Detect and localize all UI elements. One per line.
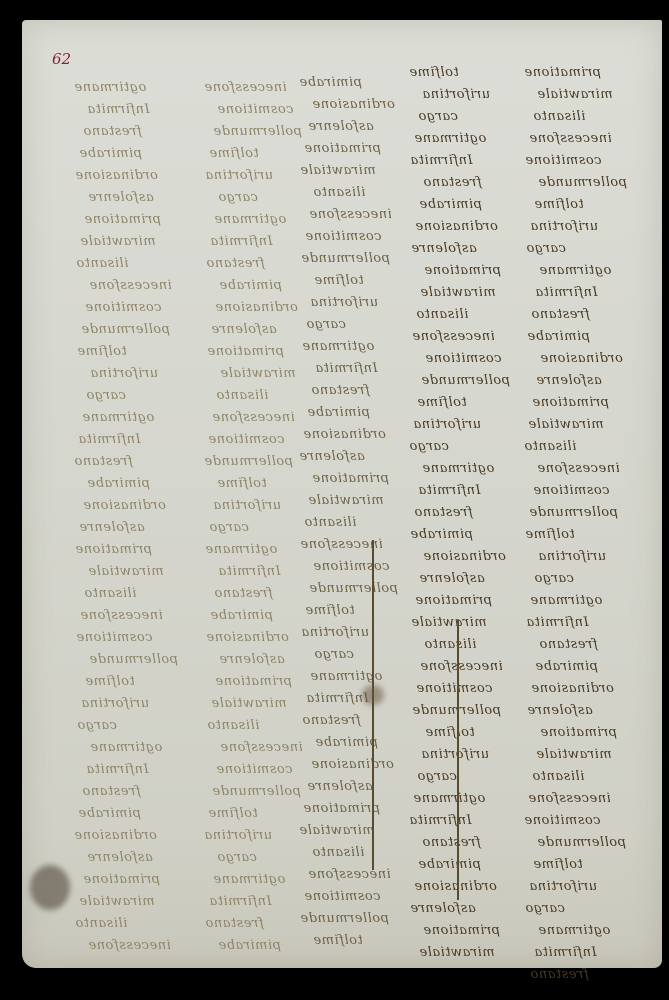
handwritten-word: cargo (86, 388, 126, 403)
handwritten-word: cargo (306, 317, 346, 332)
handwritten-word: urifortina (205, 168, 273, 183)
handwritten-word: pimirabe (210, 608, 273, 623)
handwritten-word: ordinasione (74, 828, 157, 843)
handwritten-word: cosmitione (208, 432, 285, 447)
handwritten-word: mirawtiale (419, 945, 495, 960)
handwritten-word: ordinasione (540, 351, 623, 366)
handwritten-word: Infirmita (535, 285, 598, 300)
handwritten-word: pollermunde (89, 652, 178, 667)
handwritten-word: urifortina (413, 417, 481, 432)
handwritten-word: ordinasione (312, 97, 395, 112)
handwritten-word: cosmitione (313, 559, 390, 574)
handwritten-word: ogtirmane (214, 212, 286, 227)
handwritten-word: ilisanto (533, 109, 585, 124)
ink-smudge (30, 865, 70, 910)
handwritten-word: primatione (84, 212, 161, 227)
handwritten-word: ilisanto (532, 769, 584, 784)
handwritten-word: pimirabe (87, 476, 150, 491)
handwritten-word: ogtirmane (302, 339, 374, 354)
handwritten-word: inecessfone (89, 278, 172, 293)
handwritten-word: pollermunde (529, 505, 618, 520)
handwritten-word: ogtirmane (413, 791, 485, 806)
handwritten-word: asfolenre (79, 520, 145, 535)
handwritten-word: mirawtiale (80, 234, 156, 249)
handwritten-word: frestano (205, 916, 264, 931)
handwritten-word: asfolenre (211, 322, 277, 337)
handwritten-word: ilisanto (313, 185, 365, 200)
handwritten-word: ordinasione (414, 879, 497, 894)
handwritten-word: ordinasione (531, 681, 614, 696)
handwritten-word: cargo (314, 647, 354, 662)
handwritten-word: ilisanto (304, 515, 356, 530)
handwritten-word: ogtirmane (74, 80, 146, 95)
handwritten-word: ordinasione (83, 498, 166, 513)
handwritten-word: ogtirmane (538, 923, 610, 938)
handwritten-word: inecessfone (212, 410, 295, 425)
handwritten-word: frestano (539, 637, 598, 652)
handwritten-word: mirawtiale (537, 87, 613, 102)
handwritten-word: mirawtiale (536, 747, 612, 762)
handwritten-word: urifortina (530, 219, 598, 234)
handwritten-word: pimirabe (419, 197, 482, 212)
handwritten-word: frestano (214, 586, 273, 601)
handwritten-word: ogtirmane (539, 263, 611, 278)
handwritten-word: ilisanto (216, 388, 268, 403)
handwritten-word: primatione (83, 872, 160, 887)
handwritten-word: mirawtiale (79, 894, 155, 909)
handwritten-word: mirawtiale (528, 417, 604, 432)
handwritten-word: primatione (423, 923, 500, 938)
handwritten-word: primatione (303, 801, 380, 816)
handwritten-word: Infirmita (526, 615, 589, 630)
handwritten-word: asfolenre (87, 850, 153, 865)
handwritten-word: cargo (409, 439, 449, 454)
handwritten-word: pimirabe (418, 857, 481, 872)
handwritten-word: frestano (206, 256, 265, 271)
handwritten-word: pimirabe (315, 735, 378, 750)
handwritten-word: ordinasione (423, 549, 506, 564)
handwritten-word: inecessfone (420, 659, 503, 674)
handwritten-word: cosmitione (217, 102, 294, 117)
handwritten-word: asfolenre (536, 373, 602, 388)
handwritten-word: mirawtiale (308, 493, 384, 508)
handwritten-word: ilisanto (416, 307, 468, 322)
handwritten-word: pimirabe (79, 146, 142, 161)
handwritten-word: pollermunde (81, 322, 170, 337)
handwritten-word: frestano (423, 175, 482, 190)
handwritten-word: cargo (525, 901, 565, 916)
handwritten-word: urifortina (90, 366, 158, 381)
handwritten-word: pimirabe (527, 329, 590, 344)
handwritten-word: primatione (424, 263, 501, 278)
handwritten-word: Infirmita (534, 945, 597, 960)
handwritten-word: asfolenre (88, 190, 154, 205)
handwritten-word: mirawtiale (211, 696, 287, 711)
handwritten-word: cosmitione (533, 483, 610, 498)
handwritten-word: tolfime (305, 603, 355, 618)
handwritten-word: ogtirmane (205, 542, 277, 557)
handwritten-word: pimirabe (218, 938, 281, 953)
handwritten-word: inecessfone (537, 461, 620, 476)
handwritten-word: mirawtiale (411, 615, 487, 630)
bracket-line (457, 620, 459, 900)
handwritten-word: tolfime (208, 806, 258, 821)
handwritten-word: cosmitione (216, 762, 293, 777)
handwritten-word: inecessfone (88, 938, 171, 953)
handwritten-word: inecessfone (204, 80, 287, 95)
handwritten-word: frestano (530, 967, 589, 982)
handwritten-word: pollermunde (538, 175, 627, 190)
handwritten-word: ilisanto (424, 637, 476, 652)
handwritten-word: frestano (531, 307, 590, 322)
handwritten-word: tolfime (409, 65, 459, 80)
handwritten-word: mirawtiale (420, 285, 496, 300)
handwritten-word: tolfime (85, 674, 135, 689)
handwritten-word: tolfime (209, 146, 259, 161)
handwritten-word: urifortina (538, 549, 606, 564)
handwritten-word: urifortina (204, 828, 272, 843)
handwritten-word: ordinasione (75, 168, 158, 183)
handwritten-word: asfolenre (419, 571, 485, 586)
handwritten-word: frestano (82, 784, 141, 799)
handwritten-word: inecessfone (528, 791, 611, 806)
handwritten-word: tolfime (525, 527, 575, 542)
handwritten-word: asfolenre (411, 241, 477, 256)
handwritten-word: cosmitione (85, 300, 162, 315)
handwritten-word: ilisanto (207, 718, 259, 733)
handwritten-word: cargo (218, 190, 258, 205)
handwritten-word: asfolenre (219, 652, 285, 667)
handwritten-word: Infirmita (418, 483, 481, 498)
handwritten-word: frestano (74, 454, 133, 469)
handwritten-word: inecessfone (412, 329, 495, 344)
handwritten-word: Infirmita (209, 894, 272, 909)
handwritten-word: asfolenre (299, 449, 365, 464)
handwritten-word: pollermunde (213, 124, 302, 139)
handwritten-word: primatione (207, 344, 284, 359)
handwritten-word: tolfime (314, 273, 364, 288)
handwritten-word: ogtirmane (414, 131, 486, 146)
handwritten-word: cosmitione (304, 889, 381, 904)
handwritten-word: asfolenre (410, 901, 476, 916)
handwritten-word: inecessfone (529, 131, 612, 146)
handwritten-word: tolfime (534, 197, 584, 212)
handwritten-word: inecessfone (80, 608, 163, 623)
handwritten-word: ordinasione (206, 630, 289, 645)
handwritten-word: pollermunde (421, 373, 510, 388)
handwritten-word: inecessfone (220, 740, 303, 755)
handwritten-word: asfolenre (527, 703, 593, 718)
handwritten-word: primatione (75, 542, 152, 557)
handwritten-word: pollermunde (537, 835, 626, 850)
handwritten-word: frestano (414, 505, 473, 520)
handwritten-word: pimirabe (307, 405, 370, 420)
handwritten-word: cosmitione (305, 229, 382, 244)
handwritten-word: ilisanto (312, 845, 364, 860)
handwritten-word: pimirabe (219, 278, 282, 293)
handwritten-word: cosmitione (416, 681, 493, 696)
handwritten-word: primatione (215, 674, 292, 689)
manuscript-page: 62 ogtirmaneInfirmitafrestanopimirabeord… (22, 20, 662, 968)
handwritten-word: tolfime (77, 344, 127, 359)
handwritten-word: pollermunde (204, 454, 293, 469)
handwritten-word: frestano (422, 835, 481, 850)
handwritten-word: Infirmita (87, 102, 150, 117)
handwritten-word: ilisanto (75, 916, 127, 931)
handwritten-word: frestano (311, 383, 370, 398)
handwritten-word: primatione (415, 593, 492, 608)
handwritten-word: urifortina (301, 625, 369, 640)
handwritten-word: cargo (418, 109, 458, 124)
handwritten-word: ordinasione (303, 427, 386, 442)
handwritten-word: pollermunde (300, 911, 389, 926)
handwritten-word: pimirabe (78, 806, 141, 821)
handwritten-word: primatione (524, 65, 601, 80)
handwritten-word: frestano (302, 713, 361, 728)
handwritten-word: urifortina (422, 87, 490, 102)
handwritten-word: ogtirmane (530, 593, 602, 608)
handwritten-word: ogtirmane (90, 740, 162, 755)
handwritten-word: mirawtiale (300, 163, 376, 178)
handwritten-word: mirawtiale (88, 564, 164, 579)
handwritten-word: cargo (217, 850, 257, 865)
handwritten-word: primatione (312, 471, 389, 486)
handwritten-word: cargo (209, 520, 249, 535)
handwritten-word: cosmitione (525, 153, 602, 168)
handwritten-word: pimirabe (410, 527, 473, 542)
page-number: 62 (52, 50, 71, 68)
handwritten-word: ilisanto (76, 256, 128, 271)
handwritten-word: cargo (526, 241, 566, 256)
handwritten-word: tolfime (533, 857, 583, 872)
handwritten-word: pollermunde (309, 581, 398, 596)
handwritten-word: Infirmita (218, 564, 281, 579)
handwritten-word: Infirmita (409, 813, 472, 828)
handwritten-word: ordinasione (215, 300, 298, 315)
handwritten-word: urifortina (213, 498, 281, 513)
handwritten-word: asfolenre (307, 779, 373, 794)
handwritten-word: cosmitione (425, 351, 502, 366)
handwritten-word: mirawtiale (299, 823, 375, 838)
handwritten-word: cargo (417, 769, 457, 784)
handwritten-word: primatione (540, 725, 617, 740)
handwritten-word: ogtirmane (213, 872, 285, 887)
handwritten-word: inecessfone (300, 537, 383, 552)
handwritten-word: inecessfone (309, 207, 392, 222)
handwritten-word: Infirmita (210, 234, 273, 249)
handwritten-word: mirawtiale (220, 366, 296, 381)
handwritten-word: pollermunde (212, 784, 301, 799)
handwritten-word: tolfime (217, 476, 267, 491)
handwritten-word: ilisanto (524, 439, 576, 454)
handwritten-word: tolfime (313, 933, 363, 948)
handwritten-word: Infirmita (410, 153, 473, 168)
handwritten-word: inecessfone (308, 867, 391, 882)
handwritten-word: tolfime (425, 725, 475, 740)
handwritten-word: primatione (532, 395, 609, 410)
handwritten-word: ordinasione (415, 219, 498, 234)
handwritten-word: ilisanto (84, 586, 136, 601)
handwritten-word: asfolenre (308, 119, 374, 134)
handwritten-word: pollermunde (301, 251, 390, 266)
handwritten-word: pimirabe (535, 659, 598, 674)
handwritten-word: pimirabe (299, 75, 362, 90)
handwritten-word: Infirmita (86, 762, 149, 777)
handwritten-word: ordinasione (311, 757, 394, 772)
handwritten-word: urifortina (421, 747, 489, 762)
handwritten-word: tolfime (417, 395, 467, 410)
handwritten-word: cosmitione (76, 630, 153, 645)
handwritten-word: ogtirmane (82, 410, 154, 425)
handwritten-word: urifortina (529, 879, 597, 894)
stain (362, 685, 384, 705)
handwritten-word: primatione (304, 141, 381, 156)
bracket-line (372, 540, 374, 870)
handwritten-word: urifortina (310, 295, 378, 310)
handwritten-word: Infirmita (78, 432, 141, 447)
handwritten-word: cargo (77, 718, 117, 733)
handwritten-word: urifortina (81, 696, 149, 711)
handwritten-word: Infirmita (306, 691, 369, 706)
handwritten-word: cargo (534, 571, 574, 586)
handwritten-word: Infirmita (315, 361, 378, 376)
handwritten-word: frestano (83, 124, 142, 139)
handwritten-word: cosmitione (524, 813, 601, 828)
handwritten-word: ogtirmane (422, 461, 494, 476)
